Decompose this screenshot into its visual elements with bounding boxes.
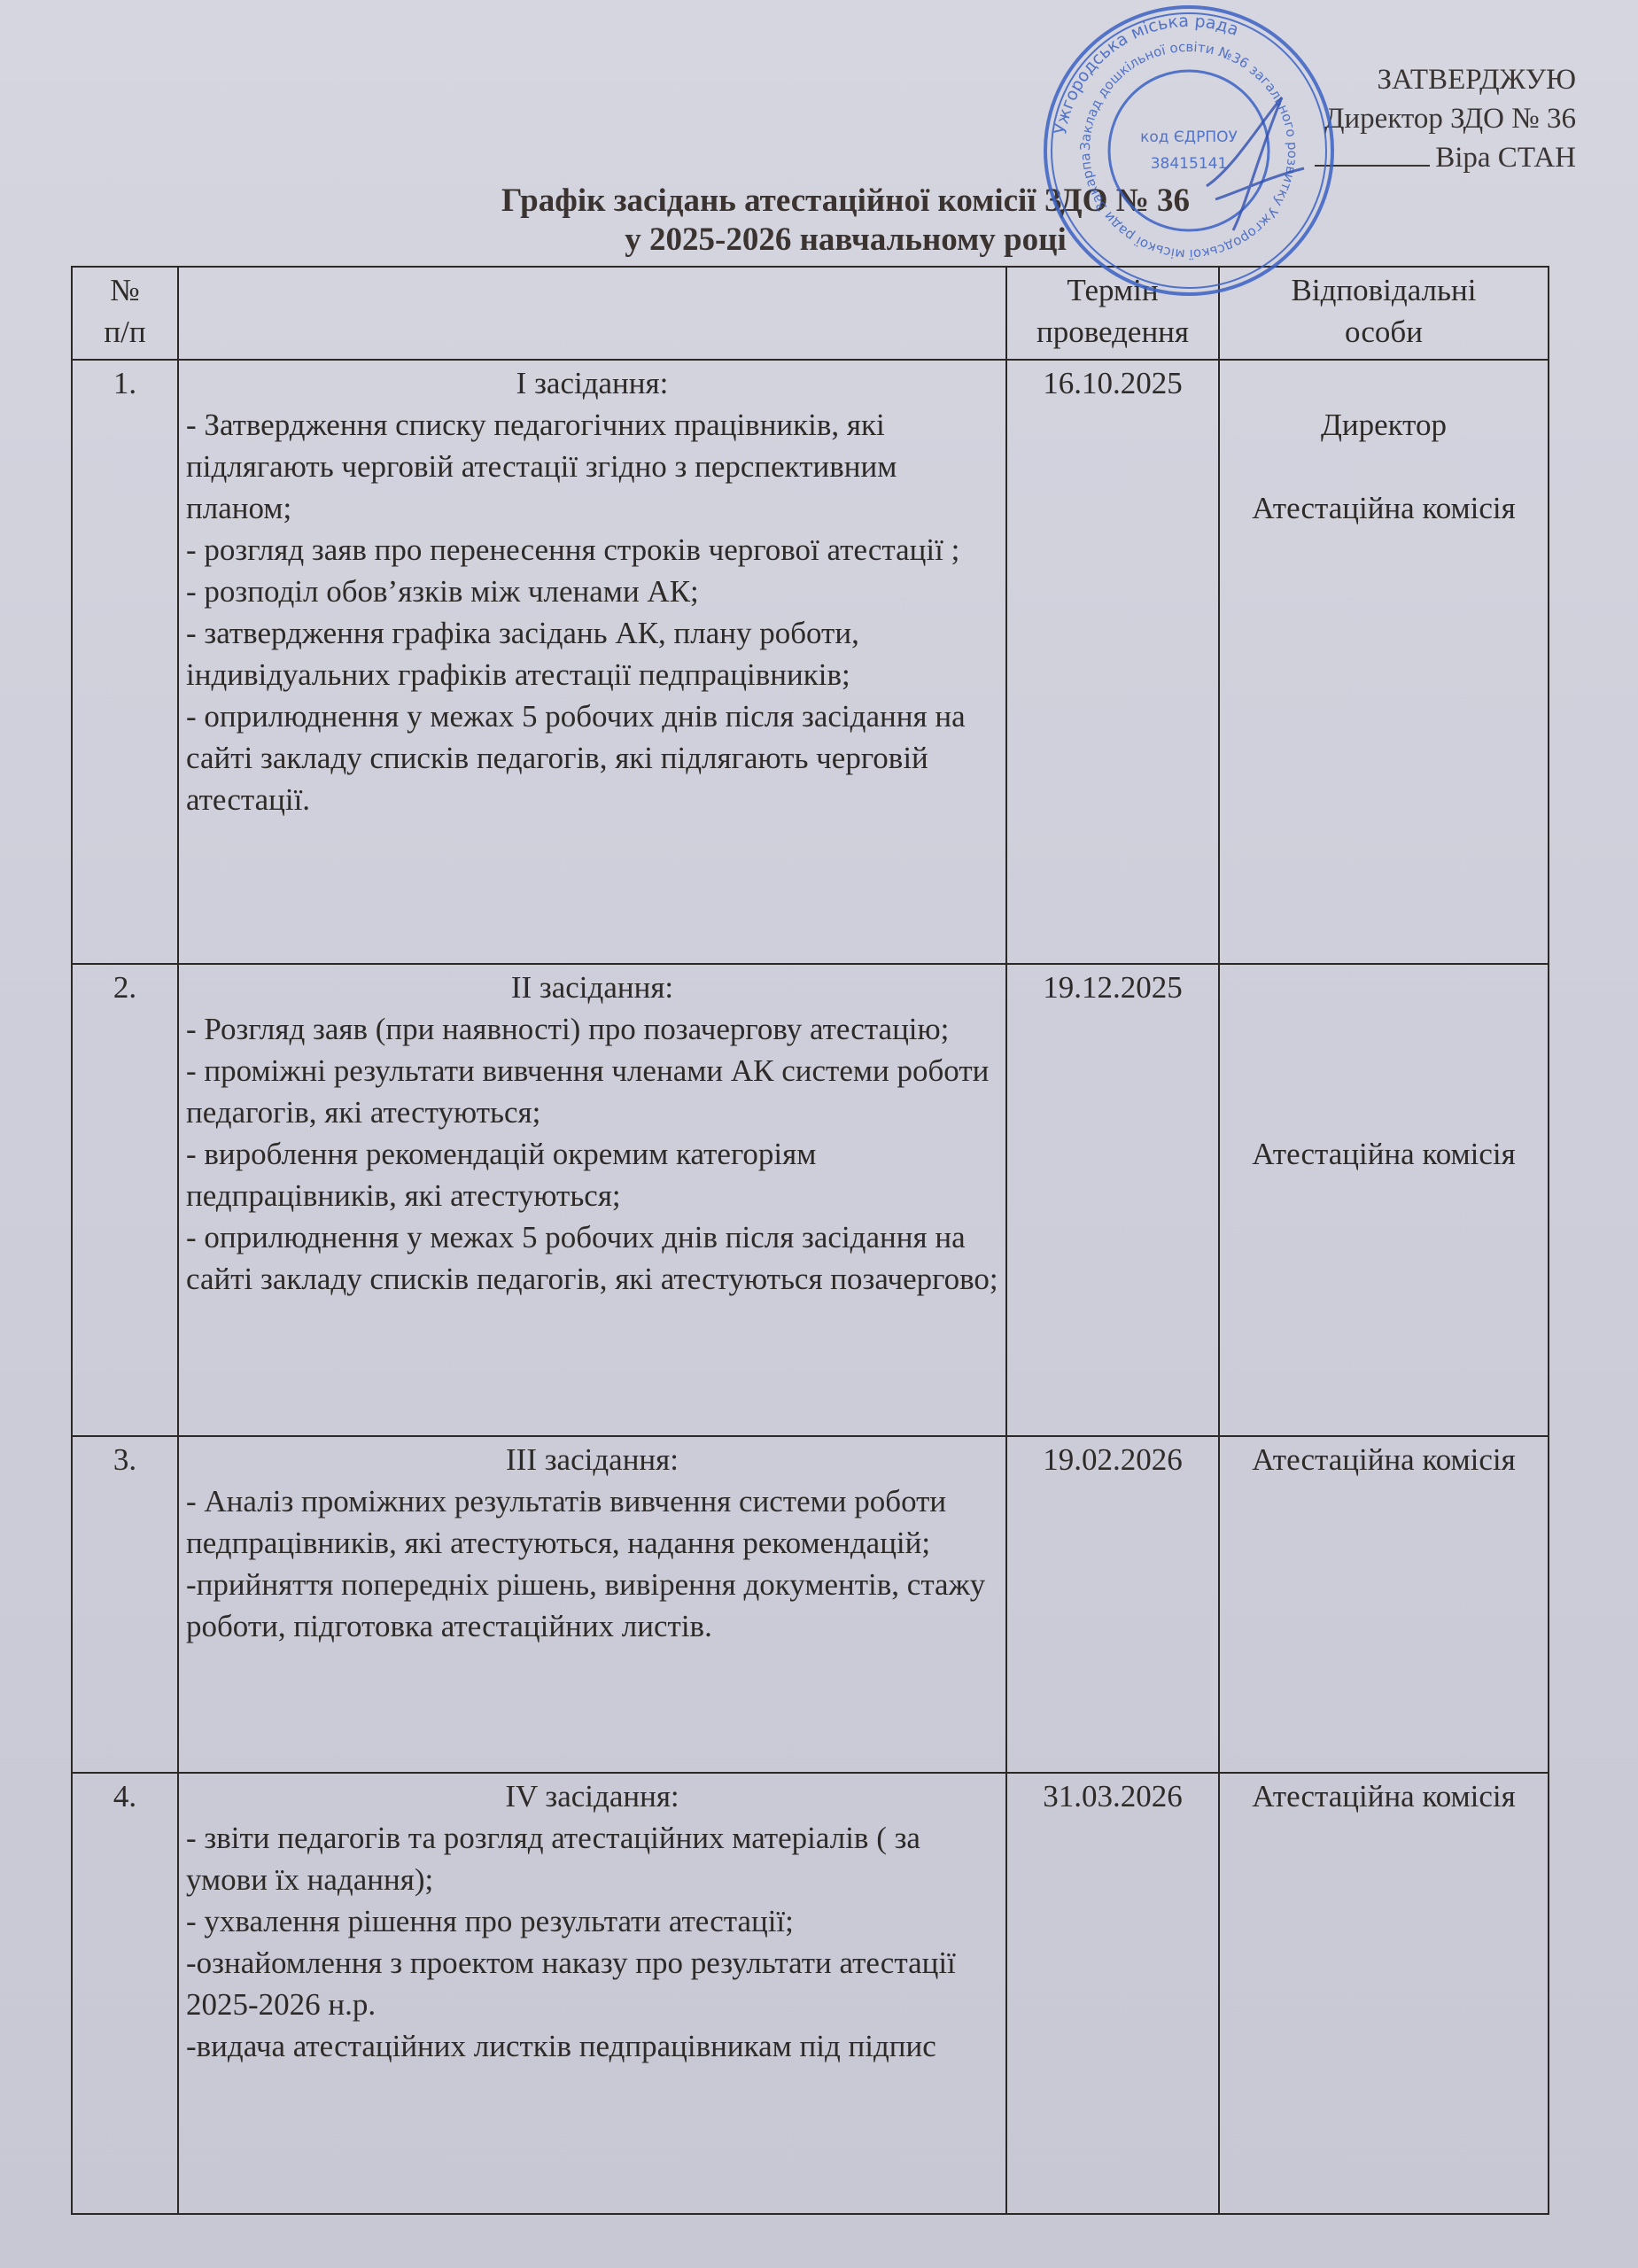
session-date: 16.10.2025	[1006, 360, 1219, 964]
session-item: - оприлюднення у межах 5 робочих днів пі…	[186, 1216, 998, 1300]
session-title: ІV засідання:	[186, 1775, 998, 1817]
session-item: -ознайомлення з проектом наказу про резу…	[186, 1942, 998, 2025]
session-content: ІІ засідання: - Розгляд заяв (при наявно…	[178, 964, 1006, 1436]
row-number: 2.	[72, 964, 178, 1436]
approval-position: Директор ЗДО № 36	[1315, 99, 1576, 138]
session-responsible: Атестаційна комісія	[1219, 1436, 1549, 1773]
session-date: 31.03.2026	[1006, 1773, 1219, 2214]
signature-line	[1315, 165, 1430, 167]
table-row: 1. І засідання: - Затвердження списку пе…	[72, 360, 1549, 964]
session-item: -видача атестаційних листків педпрацівни…	[186, 2025, 998, 2067]
session-item: - Затвердження списку педагогічних праці…	[186, 404, 998, 529]
session-item: - оприлюднення у межах 5 робочих днів пі…	[186, 695, 998, 820]
session-title: І засідання:	[186, 362, 998, 404]
row-number: 1.	[72, 360, 178, 964]
session-content: ІV засідання: - звіти педагогів та розгл…	[178, 1773, 1006, 2214]
table-header-row: № п/п Термін проведення Відповідальні ос…	[72, 267, 1549, 360]
session-content: ІІІ засідання: - Аналіз проміжних резуль…	[178, 1436, 1006, 1773]
approval-block: ЗАТВЕРДЖУЮ Директор ЗДО № 36 Віра СТАН	[1315, 60, 1576, 177]
session-title: ІІ засідання:	[186, 967, 998, 1008]
document-title: Графік засідань атестаційної комісії ЗДО…	[0, 182, 1638, 260]
responsible-commission: Атестаційна комісія	[1227, 487, 1541, 529]
session-item: - затвердження графіка засідань АК, план…	[186, 612, 998, 695]
session-responsible: Директор Атестаційна комісія	[1219, 360, 1549, 964]
table-row: 4. ІV засідання: - звіти педагогів та ро…	[72, 1773, 1549, 2214]
session-item: - розгляд заяв про перенесення строків ч…	[186, 529, 998, 571]
responsible-director: Директор	[1227, 404, 1541, 446]
session-item: -прийняття попередніх рішень, вивірення …	[186, 1564, 998, 1647]
session-content: І засідання: - Затвердження списку педаг…	[178, 360, 1006, 964]
session-item: - Розгляд заяв (при наявності) про позач…	[186, 1008, 998, 1050]
session-item: - розподіл обов’язків між членами АК;	[186, 571, 998, 612]
session-date: 19.02.2026	[1006, 1436, 1219, 1773]
session-title: ІІІ засідання:	[186, 1439, 998, 1480]
row-number: 3.	[72, 1436, 178, 1773]
svg-text:Ужгородська міська рада: Ужгородська міська рада	[1051, 12, 1241, 136]
row-number: 4.	[72, 1773, 178, 2214]
session-item: - звіти педагогів та розгляд атестаційни…	[186, 1817, 998, 1900]
header-num: № п/п	[72, 267, 178, 360]
title-line-2: у 2025-2026 навчальному році	[53, 221, 1638, 260]
table-row: 3. ІІІ засідання: - Аналіз проміжних рез…	[72, 1436, 1549, 1773]
approval-label: ЗАТВЕРДЖУЮ	[1315, 60, 1576, 99]
header-content	[178, 267, 1006, 360]
session-item: - ухвалення рішення про результати атест…	[186, 1900, 998, 1942]
session-item: - вироблення рекомендацій окремим катего…	[186, 1133, 998, 1216]
session-responsible: Атестаційна комісія	[1219, 1773, 1549, 2214]
session-item: - Аналіз проміжних результатів вивчення …	[186, 1480, 998, 1564]
svg-text:код ЄДРПОУ: код ЄДРПОУ	[1140, 128, 1238, 146]
table-row: 2. ІІ засідання: - Розгляд заяв (при ная…	[72, 964, 1549, 1436]
svg-text:38415141: 38415141	[1151, 155, 1228, 173]
session-item: - проміжні результати вивчення членами А…	[186, 1050, 998, 1133]
session-responsible: Атестаційна комісія	[1219, 964, 1549, 1436]
session-date: 19.12.2025	[1006, 964, 1219, 1436]
approval-signatory: Віра СТАН	[1315, 138, 1576, 177]
schedule-table: № п/п Термін проведення Відповідальні ос…	[71, 266, 1549, 2215]
title-line-1: Графік засідань атестаційної комісії ЗДО…	[53, 182, 1638, 221]
header-date: Термін проведення	[1006, 267, 1219, 360]
header-responsible: Відповідальні особи	[1219, 267, 1549, 360]
responsible-commission: Атестаційна комісія	[1227, 1133, 1541, 1175]
